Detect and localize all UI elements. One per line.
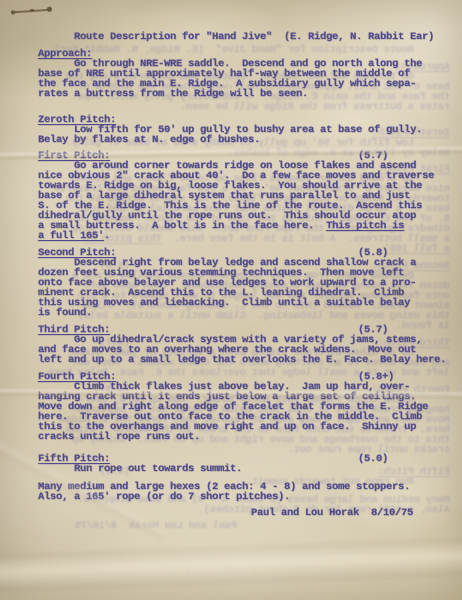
headline-fourth-pitch: Fourth Pitch:(5.8+) xyxy=(38,372,458,382)
scanned-page: Route Description for "Hand Jive" (E. Ri… xyxy=(0,0,462,600)
body-fifth-pitch: Run rope out towards summit. xyxy=(38,464,458,474)
heading-fifth-pitch: Fifth Pitch: xyxy=(38,453,110,465)
staple-dot xyxy=(11,10,15,14)
gear-note: Many medium and large hexes (2 each: 4 -… xyxy=(38,482,458,502)
heading-first-pitch: First Pitch: xyxy=(38,150,110,162)
section-fourth-pitch: Fourth Pitch:(5.8+) Climb thick flakes j… xyxy=(38,372,458,442)
section-second-pitch: Second Pitch:(5.8) Descend right from be… xyxy=(38,248,458,318)
rating-first-pitch: (5.7) xyxy=(358,151,388,161)
rating-second-pitch: (5.8) xyxy=(358,248,388,258)
body-first-pitch: Go around corner towards ridge on loose … xyxy=(38,161,458,241)
section-approach: Approach: Go through NRE-WRE saddle. Des… xyxy=(38,49,458,99)
document-title: Route Description for "Hand Jive" (E. Ri… xyxy=(74,32,458,42)
headline-fifth-pitch: Fifth Pitch:(5.0) xyxy=(38,454,458,464)
headline-approach: Approach: xyxy=(38,49,458,59)
heading-fourth-pitch: Fourth Pitch: xyxy=(38,371,116,383)
body-third-pitch: Go up dihedral/crack system with a varie… xyxy=(38,335,458,365)
body-fourth-pitch: Climb thick flakes just above belay. Jam… xyxy=(38,382,458,442)
wrinkle-bottom xyxy=(0,537,462,593)
heading-approach: Approach: xyxy=(38,48,92,60)
heading-second-pitch: Second Pitch: xyxy=(38,247,116,259)
section-fifth-pitch: Fifth Pitch:(5.0) Run rope out towards s… xyxy=(38,454,458,474)
staple-dot xyxy=(30,8,34,12)
headline-second-pitch: Second Pitch:(5.8) xyxy=(38,248,458,258)
document-content: Route Description for "Hand Jive" (E. Ri… xyxy=(38,0,458,518)
rating-fourth-pitch: (5.8+) xyxy=(358,372,394,382)
section-first-pitch: First Pitch:(5.7) Go around corner towar… xyxy=(38,151,458,241)
body-zeroth-pitch: Low fifth for 50' up gully to bushy area… xyxy=(38,125,458,145)
rating-third-pitch: (5.7) xyxy=(358,325,388,335)
body-second-pitch: Descend right from belay ledge and ascen… xyxy=(38,258,458,318)
section-zeroth-pitch: Zeroth Pitch: Low fifth for 50' up gully… xyxy=(38,115,458,145)
heading-zeroth-pitch: Zeroth Pitch: xyxy=(38,114,116,126)
signature: Paul and Lou Horak 8/10/75 xyxy=(251,508,458,518)
headline-third-pitch: Third Pitch:(5.7) xyxy=(38,325,458,335)
heading-third-pitch: Third Pitch: xyxy=(38,324,110,336)
signature: Paul and Lou Horak 8/10/75 xyxy=(30,521,237,531)
headline-first-pitch: First Pitch:(5.7) xyxy=(38,151,458,161)
body-approach: Go through NRE-WRE saddle. Descend and g… xyxy=(38,59,458,99)
section-third-pitch: Third Pitch:(5.7) Go up dihedral/crack s… xyxy=(38,325,458,365)
headline-zeroth-pitch: Zeroth Pitch: xyxy=(38,115,458,125)
rating-fifth-pitch: (5.0) xyxy=(358,454,388,464)
